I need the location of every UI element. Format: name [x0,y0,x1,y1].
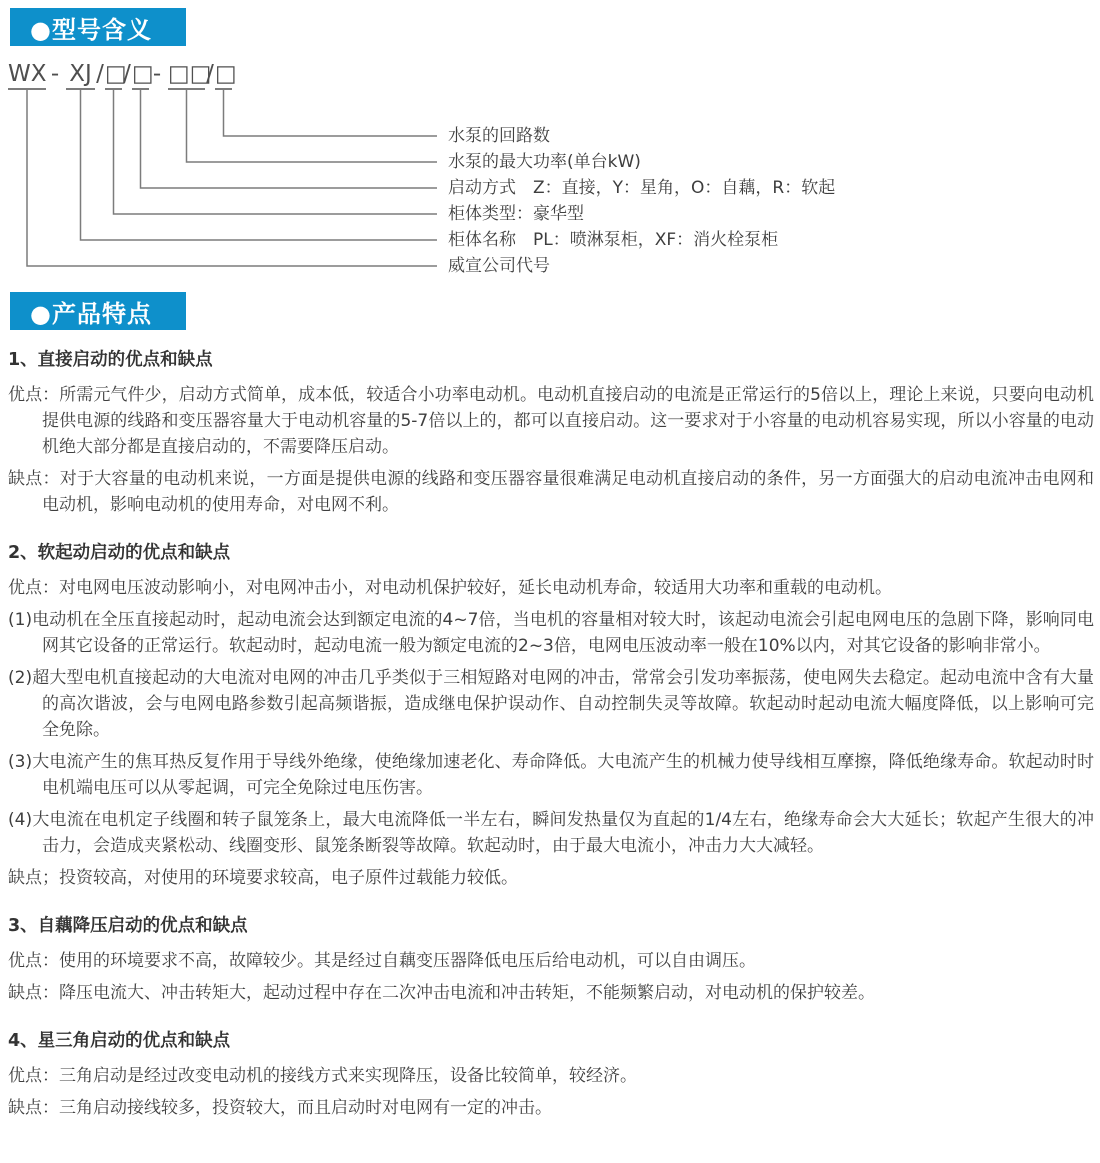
star-delta-disadvantages: 缺点：三角启动接线较多，投资较大，而且启动时对电网有一定的冲击。 [8,1095,1094,1121]
model-label-start-mode: 启动方式 Z：直接，Y：星角，O：自藕，R：软起 [448,175,835,201]
catalog-page: ●型号含义 WX - XJ / □ / □ - □□ / □ 水泵的回路数 水泵… [0,0,1100,1163]
model-code-loop-count: □ [215,60,232,90]
feature-heading-direct-start: 1、直接启动的优点和缺点 [8,347,1094,373]
model-label-cabinet-name: 柜体名称 PL：喷淋泵柜，XF：消火栓泵柜 [448,227,778,253]
model-code-dash: - [150,60,164,90]
soft-start-point-1: (1)电动机在全压直接起动时，起动电流会达到额定电流的4~7倍，当电机的容量相对… [8,607,1094,659]
feature-heading-soft-start: 2、软起动启动的优点和缺点 [8,540,1094,566]
autotransformer-disadvantages: 缺点：降压电流大、冲击转矩大，起动过程中存在二次冲击电流和冲击转矩，不能频繁启动… [8,980,1094,1006]
model-code-slash: / [206,60,214,90]
soft-start-point-2: (2)超大型电机直接起动的大电流对电网的冲击几乎类似于三相短路对电网的冲击，常常… [8,665,1094,743]
soft-start-advantages: 优点：对电网电压波动影响小，对电网冲击小，对电动机保护较好，延长电动机寿命，较适… [8,575,1094,601]
model-label-company-code: 威宣公司代号 [448,253,550,279]
star-delta-advantages: 优点：三角启动是经过改变电动机的接线方式来实现降压，设备比较简单，较经济。 [8,1063,1094,1089]
section-header-model-meaning: ●型号含义 [10,8,186,46]
model-label-cabinet-type: 柜体类型：豪华型 [448,201,584,227]
soft-start-disadvantages: 缺点；投资较高，对使用的环境要求较高，电子原件过载能力较低。 [8,865,1094,891]
model-code-dash: - [48,60,62,90]
model-code-start-mode: □ [132,60,149,90]
soft-start-point-3: (3)大电流产生的焦耳热反复作用于导线外绝缘，使绝缘加速老化、寿命降低。大电流产… [8,749,1094,801]
model-code-slash: / [96,60,104,90]
feature-heading-star-delta-start: 4、星三角启动的优点和缺点 [8,1028,1094,1054]
model-code-max-power: □□ [168,60,205,90]
model-code-cabinet-type: □ [105,60,122,90]
soft-start-point-4: (4)大电流在电机定子线圈和转子鼠笼条上，最大电流降低一半左右，瞬间发热量仅为直… [8,807,1094,859]
direct-start-advantages: 优点：所需元气件少，启动方式简单，成本低，较适合小功率电动机。电动机直接启动的电… [8,382,1094,460]
model-label-pump-max-power: 水泵的最大功率(单台kW) [448,149,641,175]
model-code-company: WX [8,60,46,90]
model-code-cabinet-name: XJ [66,60,95,90]
autotransformer-advantages: 优点：使用的环境要求不高，故障较少。其是经过自藕变压器降低电压后给电动机，可以自… [8,948,1094,974]
model-code-slash: / [123,60,131,90]
direct-start-disadvantages: 缺点：对于大容量的电动机来说，一方面是提供电源的线路和变压器容量很难满足电动机直… [8,466,1094,518]
product-features-body: 1、直接启动的优点和缺点 优点：所需元气件少，启动方式简单，成本低，较适合小功率… [8,347,1094,1127]
model-label-pump-loop-count: 水泵的回路数 [448,123,550,149]
section-header-product-features: ●产品特点 [10,292,186,330]
feature-heading-autotransformer-start: 3、自藕降压启动的优点和缺点 [8,913,1094,939]
